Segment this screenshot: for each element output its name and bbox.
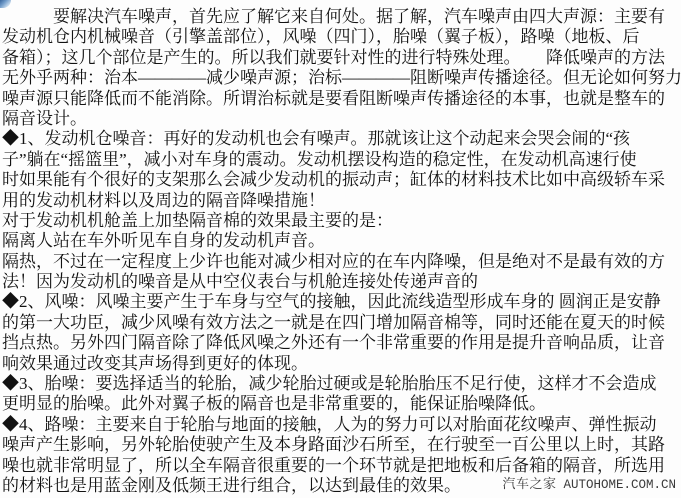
text-line: 隔离人站在车外听见车自身的发动机声音。	[2, 231, 681, 251]
text-line: 法！因为发动机的噪音是从中空仪表台与机舱连接处传递声音的	[2, 272, 681, 292]
text-line: 要解决汽车噪声，首先应了解它来自何处。据了解，汽车噪声由四大声源：主要有	[2, 7, 681, 27]
text-line: ◆3、胎噪：要选择适当的轮胎，减少轮胎过硬或是轮胎胎压不足行使，这样才不会造成	[2, 374, 681, 394]
text-line: 噪声源只能降低而不能消除。所谓治标就是要看阻断噪声传播途径的本事，也就是整车的	[2, 89, 681, 109]
text-line: 的第一大功臣，减少风噪有效方法之一就是在四门增加隔音棉等，同时还能在夏天的时候	[2, 313, 681, 333]
text-line: 子”躺在“摇篮里”，减小对车身的震动。发动机摆设构造的稳定性，在发动机高速行使	[2, 150, 681, 170]
text-line: 挡点热。另外四门隔音除了降低风噪之外还有一个非常重要的作用是提升音响品质，让音	[2, 333, 681, 353]
text-line: ◆2、风噪：风噪主要产生于车身与空气的接触，因此流线造型形成车身的 圆润正是安静	[2, 292, 681, 312]
watermark: 汽车之家AUTOHOME.COM.CN	[502, 474, 676, 495]
text-line: 对于发动机机舱盖上加垫隔音棉的效果最主要的是：	[2, 211, 681, 231]
text-line: 响效果通过改变其声场得到更好的体现。	[2, 354, 681, 374]
text-line: 发动机仓内机械噪音（引擎盖部位），风噪（四门），胎噪（翼子板），路噪（地板、后	[2, 27, 681, 47]
text-line: 隔热，不过在一定程度上少许也能对减少相对应的在车内降噪，但是绝对不是最有效的方	[2, 252, 681, 272]
text-line: 时如果能有个很好的支架那么会减少发动机的振动声；缸体的材料技术比如中高级轿车采	[2, 170, 681, 190]
text-line: 无外乎两种：治本————减少噪声源；治标————阻断噪声传播途径。但无论如何努力…	[2, 68, 681, 88]
text-line: 噪声产生影响，另外轮胎使驶产生及本身路面沙石所至，在行驶至一百公里以上时，其路	[2, 435, 681, 455]
text-line: 备箱）；这几个部位是产生的。所以我们就要针对性的进行特殊处理。 降低噪声的方法	[2, 48, 681, 68]
text-line: ◆1、发动机仓噪音：再好的发动机也会有噪声。那就该让这个动起来会哭会闹的“孩	[2, 129, 681, 149]
text-line: 更明显的胎噪。此外对翼子板的隔音也是非常重要的，能保证胎噪降低。	[2, 394, 681, 414]
watermark-site-name: 汽车之家	[502, 476, 556, 491]
watermark-site-url: AUTOHOME.COM.CN	[563, 478, 676, 492]
text-line: 用的发动机材料以及周边的隔音降噪措施！	[2, 191, 681, 211]
text-line: ◆4、路噪：主要来自于轮胎与地面的接触，人为的努力可以对胎面花纹噪声、弹性振动	[2, 415, 681, 435]
article-body: 要解决汽车噪声，首先应了解它来自何处。据了解，汽车噪声由四大声源：主要有 发动机…	[0, 0, 681, 498]
text-line: 隔音设计。	[2, 109, 681, 129]
